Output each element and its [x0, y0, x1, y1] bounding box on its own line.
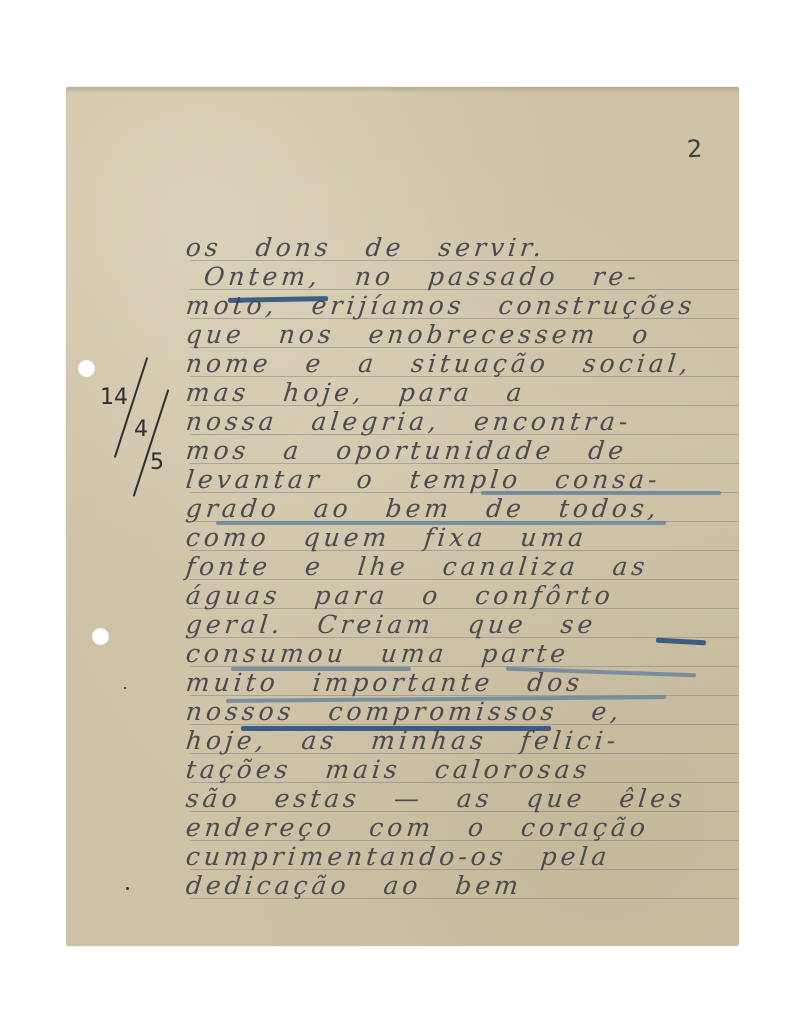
text-line: são estas — as que êles [184, 784, 735, 813]
text-line: levantar o templo consa- [184, 465, 735, 494]
text-line: grado ao bem de todos, [184, 494, 735, 523]
punch-hole-top [78, 360, 95, 377]
text-line: tações mais calorosas [184, 755, 735, 784]
paper-speck [124, 687, 126, 689]
text-line: Ontem, no passado re- [202, 262, 753, 291]
date-year: 5 [150, 450, 164, 475]
text-line: como quem fixa uma [184, 523, 735, 552]
text-line: águas para o confôrto [184, 581, 735, 610]
text-line: consumou uma parte [184, 639, 735, 668]
text-line: fonte e lhe canaliza as [184, 552, 735, 581]
text-line: os dons de servir. [184, 233, 735, 262]
text-line: dedicação ao bem [184, 871, 735, 900]
punch-hole-bottom [92, 628, 109, 645]
page-number: 2 [686, 135, 703, 164]
underline-grado-ao-bem [216, 521, 666, 525]
text-line: endereço com o coração [184, 813, 735, 842]
text-line: moto, erijíamos construções [184, 291, 735, 320]
text-line: nossa alegria, encontra- [184, 407, 735, 436]
date-month: 4 [134, 417, 148, 442]
text-line: geral. Creiam que se [184, 610, 735, 639]
manuscript-page: 2 14 4 5 os dons de servir. Ontem, no pa… [66, 87, 739, 946]
underline-templo [481, 491, 721, 495]
date-slash [133, 389, 170, 496]
text-line: mos a oportunidade de [184, 436, 735, 465]
text-line: cumprimentando-os pela [184, 842, 735, 871]
margin-date: 14 4 5 [96, 347, 186, 497]
text-line: nome e a situação social, [184, 349, 735, 378]
date-day: 14 [100, 385, 128, 410]
paper-speck [126, 887, 129, 890]
text-line: mas hoje, para a [184, 378, 735, 407]
text-line: que nos enobrecessem o [184, 320, 735, 349]
underline-nossos-compromissos [241, 726, 551, 731]
underline-consumou [231, 667, 411, 671]
